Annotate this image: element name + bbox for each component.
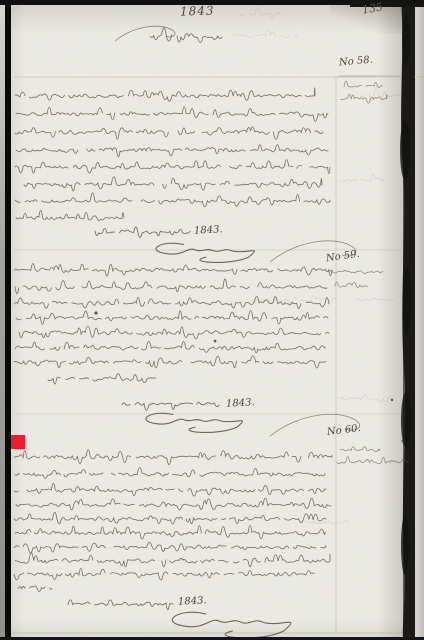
entry-handwriting-1 — [14, 241, 383, 433]
date-year-entry-60: 1843. — [178, 595, 207, 607]
entry-handwriting-2 — [14, 414, 409, 638]
date-year-entry-58: 1843. — [194, 224, 223, 236]
red-marker — [11, 435, 25, 449]
date-year-entry-59: 1843. — [226, 397, 255, 409]
section-heading-handwriting — [115, 26, 222, 42]
scanned-register-page: 1843 135 No 58. No 59. No 60. 1843. 1843… — [0, 0, 424, 640]
handwriting-layer — [0, 0, 424, 640]
year-heading: 1843 — [180, 3, 215, 18]
